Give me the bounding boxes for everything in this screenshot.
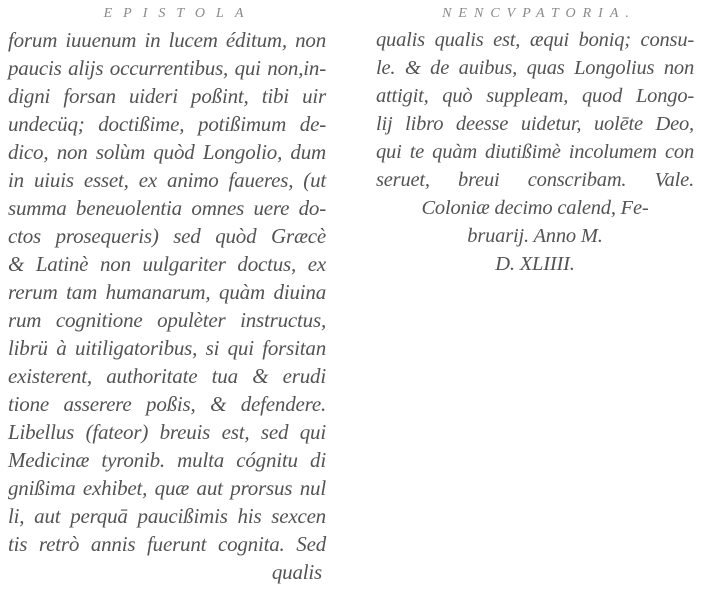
text-line: ctos prosequeris) sed quòd Græcè	[8, 222, 326, 250]
running-head-left: EPISTOLA	[20, 6, 338, 22]
text-line: Libellus (fateor) breuis est, sed qui	[8, 418, 326, 446]
text-line: gnißima exhibet, quæ aut prorsus nul	[8, 474, 326, 502]
closing-line: Coloniæ decimo calend, Fe-	[376, 194, 694, 222]
text-line: lij libro deesse uidetur, uolēte Deo,	[376, 110, 694, 138]
left-page-text-block: forum iuuenum in lucem éditum, non pauci…	[8, 26, 326, 586]
text-line: librü à uitiligatoribus, si qui forsitan	[8, 334, 326, 362]
text-line: attigit, quò suppleam, quod Longo-	[376, 82, 694, 110]
running-head-right: NENCVPATORIA.	[380, 6, 698, 22]
text-line: dico, non solùm quòd Longolio, dum	[8, 138, 326, 166]
text-line: in uiuis esset, ex animo faueres, (ut	[8, 166, 326, 194]
closing-line: bruarij. Anno M.	[376, 222, 694, 250]
text-line: rerum tam humanarum, quàm diuina	[8, 278, 326, 306]
text-line: li, aut perquā paucißimis his sexcen	[8, 502, 326, 530]
text-line: seruet, breui conscribam. Vale.	[376, 166, 694, 194]
text-line: undecüq; doctißime, potißimum de-	[8, 110, 326, 138]
text-line: forum iuuenum in lucem éditum, non	[8, 26, 326, 54]
text-line: rum cognitione opulèter instructus,	[8, 306, 326, 334]
text-line: le. & de auibus, quas Longolius non	[376, 54, 694, 82]
text-line: tione asserere poßis, & defendere.	[8, 390, 326, 418]
text-line: paucis alijs occurrentibus, qui non,in-	[8, 54, 326, 82]
text-line: qualis qualis est, æqui boniq; consu-	[376, 26, 694, 54]
text-line: summa beneuolentia omnes uere do-	[8, 194, 326, 222]
text-line: tis retrò annis fuerunt cognita. Sed	[8, 530, 326, 558]
text-line: existerent, authoritate tua & erudi	[8, 362, 326, 390]
text-line: digni forsan uideri poßint, tibi uir	[8, 82, 326, 110]
closing-date-line: D. XLIIII.	[376, 250, 694, 278]
catchword: qualis	[8, 558, 326, 586]
text-line: Medicinæ tyronib. multa cógnitu di	[8, 446, 326, 474]
right-page-text-block: qualis qualis est, æqui boniq; consu- le…	[376, 26, 694, 278]
text-line: qui te quàm diutißimè incolumem con	[376, 138, 694, 166]
text-line: & Latinè non uulgariter doctus, ex	[8, 250, 326, 278]
